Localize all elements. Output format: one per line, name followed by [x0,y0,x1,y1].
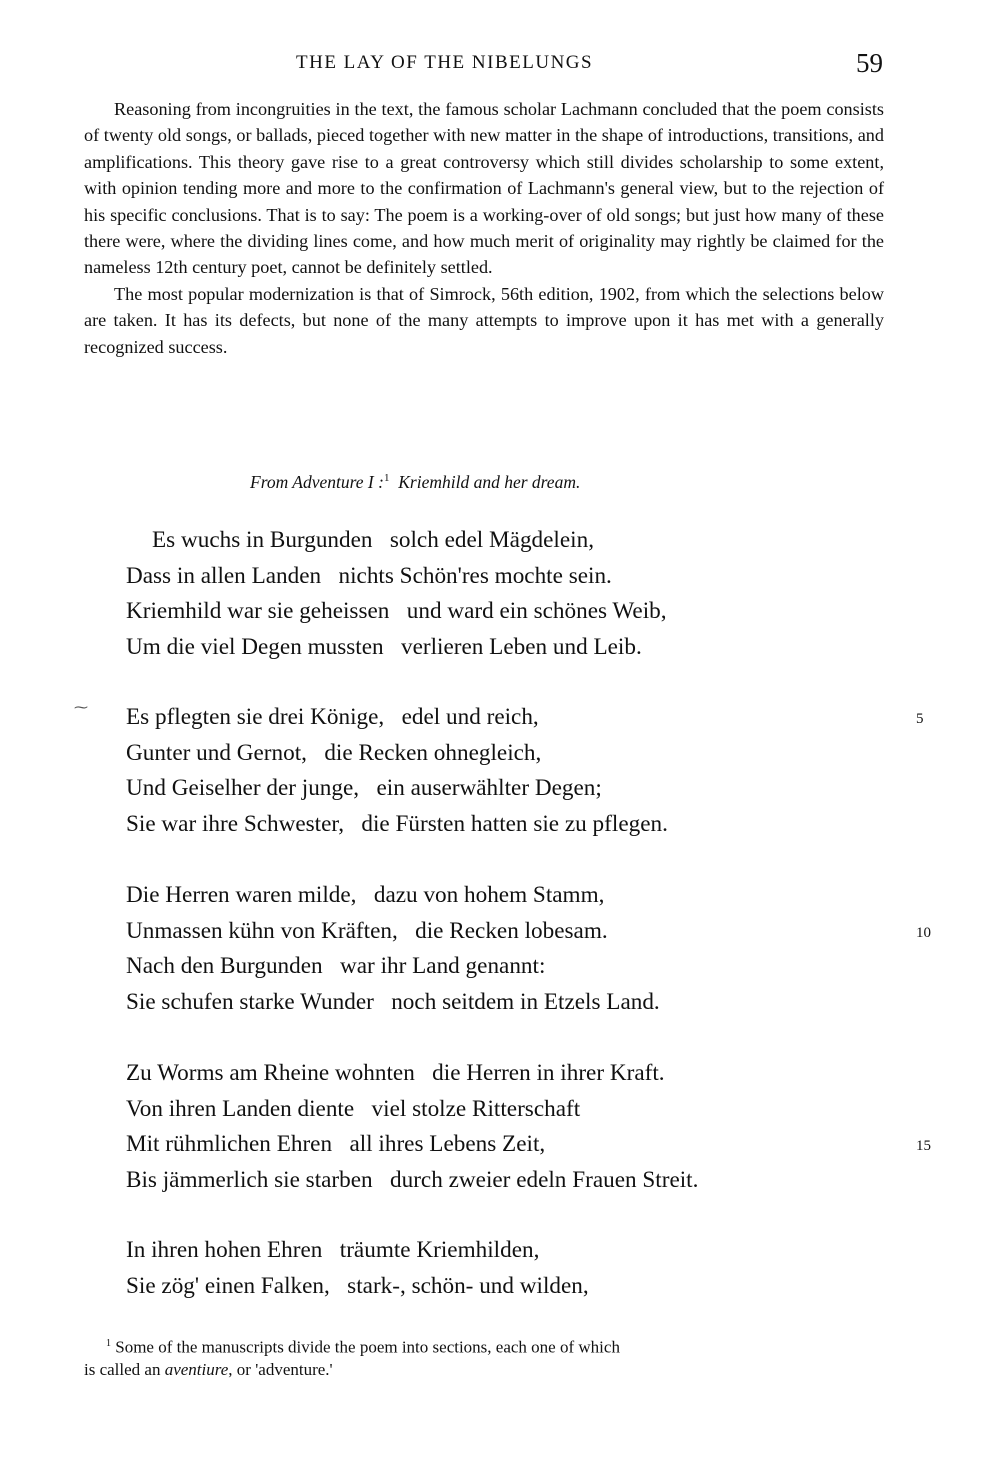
print-speck: ⁓ [74,700,88,717]
footnote-text: is called an [84,1360,165,1379]
line-number: 10 [916,916,931,952]
stanza-3: Die Herren waren milde, dazu von hohem S… [126,878,946,1020]
verse-line: Nach den Burgunden war ihr Land genannt: [126,949,946,985]
verse-line: Kriemhild war sie geheissen und ward ein… [126,594,946,630]
book-page: THE LAY OF THE NIBELUNGS 59 Reasoning fr… [0,0,1000,1472]
footnote-marker: 1 [106,1338,111,1349]
prose-paragraph: The most popular modernization is that o… [84,281,884,360]
verse-line: Um die viel Degen mussten verlieren Lebe… [126,630,946,666]
footnote-text: Some of the manuscripts divide the poem … [115,1338,620,1357]
footnote: 1 Some of the manuscripts divide the poe… [84,1333,884,1381]
stanza-2: Es pflegten sie drei Könige, edel und re… [126,700,946,842]
footnote-reference: 1 [384,472,390,484]
verse-line: Es pflegten sie drei Könige, edel und re… [126,700,946,736]
verse-line: Sie war ihre Schwester, die Fürsten hatt… [126,807,946,843]
verse-line: Unmassen kühn von Kräften, die Recken lo… [126,914,946,950]
stanza-4: Zu Worms am Rheine wohnten die Herren in… [126,1056,946,1198]
verse-line: Von ihren Landen diente viel stolze Ritt… [126,1092,946,1128]
stanza-1: Es wuchs in Burgunden solch edel Mägdele… [126,523,946,665]
heading-prefix: From Adventure I : [250,472,384,492]
verse-line: Dass in allen Landen nichts Schön'res mo… [126,559,946,595]
verse-line: Mit rühmlichen Ehren all ihres Lebens Ze… [126,1127,946,1163]
verse-line: Sie zög' einen Falken, stark-, schön- un… [126,1269,946,1305]
verse-line: Gunter und Gernot, die Recken ohnegleich… [126,736,946,772]
verse-line: Und Geiselher der junge, ein auserwählte… [126,771,946,807]
footnote-text: , or 'adventure.' [228,1360,332,1379]
stanza-5: In ihren hohen Ehren träumte Kriemhilden… [126,1233,946,1304]
footnote-italic-term: aventiure [165,1360,229,1379]
page-number: 59 [856,48,883,79]
verse-line: Die Herren waren milde, dazu von hohem S… [126,878,946,914]
verse-line: In ihren hohen Ehren träumte Kriemhilden… [126,1233,946,1269]
verse-line: Bis jämmerlich sie starben durch zweier … [126,1163,946,1199]
verse-line: Es wuchs in Burgunden solch edel Mägdele… [126,523,946,559]
line-number: 5 [916,702,924,738]
verse-line: Zu Worms am Rheine wohnten die Herren in… [126,1056,946,1092]
line-number: 15 [916,1129,931,1165]
heading-title: Kriemhild and her dream. [398,472,580,492]
running-title: THE LAY OF THE NIBELUNGS [296,52,593,74]
verse-line: Sie schufen starke Wunder noch seitdem i… [126,985,946,1021]
introductory-prose: Reasoning from incongruities in the text… [84,96,884,360]
prose-paragraph: Reasoning from incongruities in the text… [84,96,884,281]
